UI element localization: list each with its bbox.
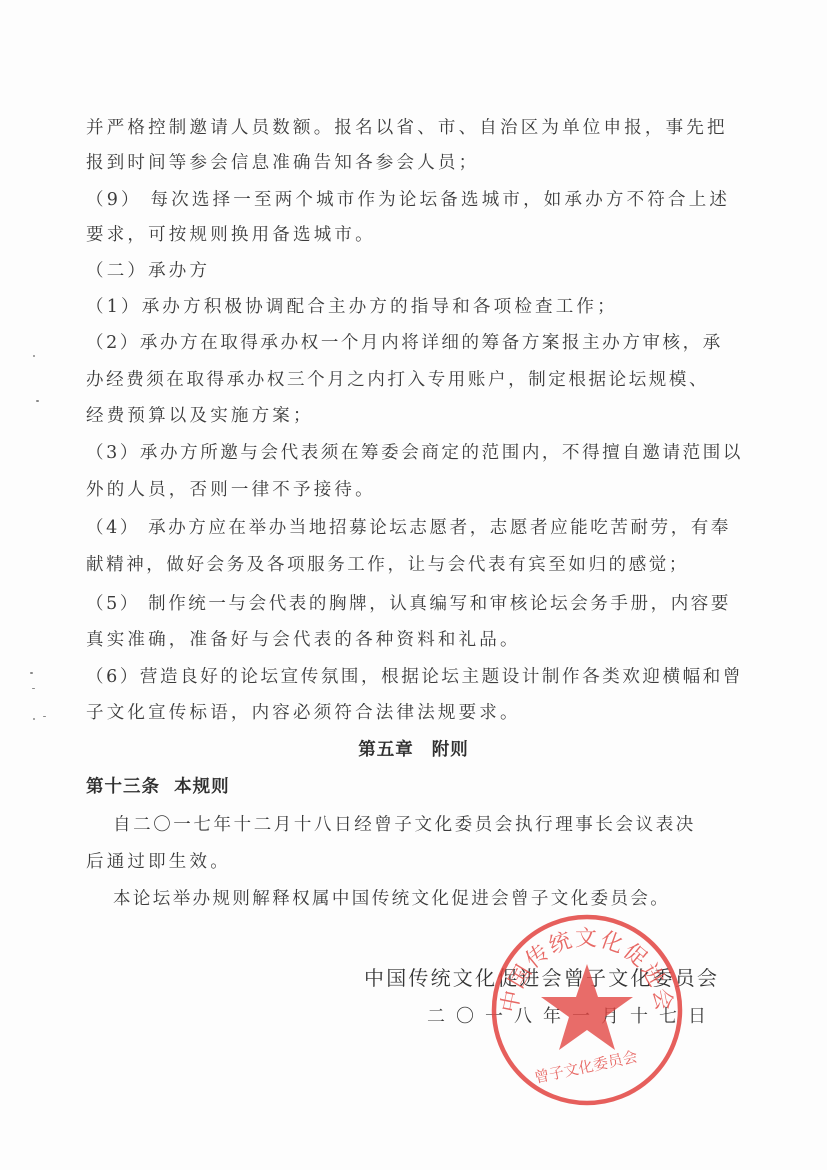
scan-speck <box>36 400 39 402</box>
scan-speck <box>30 672 33 674</box>
body-line: 并严格控制邀请人员数额。报名以省、市、自治区为单位申报，事先把 <box>86 117 746 139</box>
section-heading-organizer: （二）承办方 <box>86 260 746 282</box>
body-line: 要求，可按规则换用备选城市。 <box>86 224 746 246</box>
body-line: 子文化宣传标语，内容必须符合法律法规要求。 <box>86 702 746 724</box>
scan-speck <box>33 355 35 357</box>
scan-speck <box>32 688 35 689</box>
list-item-2: （2）承办方在取得承办权一个月内将详细的筹备方案报主办方审核，承 <box>86 332 746 354</box>
signature-organization: 中国传统文化促进会曾子文化委员会 <box>364 962 719 991</box>
scan-speck <box>33 718 35 720</box>
body-line: 外的人员，否则一律不予接待。 <box>86 479 746 501</box>
document-page: 并严格控制邀请人员数额。报名以省、市、自治区为单位申报，事先把 报到时间等参会信… <box>0 0 827 1170</box>
body-line: 献精神，做好会务及各项服务工作，让与会代表有宾至如归的感觉； <box>86 554 746 576</box>
list-item-9: （9） 每次选择一至两个城市作为论坛备选城市，如承办方不符合上述 <box>86 189 746 211</box>
list-item-3: （3）承办方所邀与会代表须在筹委会商定的范围内，不得擅自邀请范围以 <box>86 442 746 464</box>
body-line: 办经费须在取得承办权三个月之内打入专用账户，制定根据论坛规模、 <box>86 369 746 391</box>
scan-speck <box>43 716 46 717</box>
body-line: 报到时间等参会信息准确告知各参会人员； <box>86 152 746 174</box>
list-item-5: （5） 制作统一与会代表的胸牌，认真编写和审核论坛会务手册，内容要 <box>86 593 746 615</box>
article-heading: 第十三条 本规则 <box>86 776 746 798</box>
body-line: 经费预算以及实施方案； <box>86 405 746 427</box>
chapter-heading: 第五章附则 <box>0 739 827 761</box>
list-item-4: （4） 承办方应在举办当地招募论坛志愿者，志愿者应能吃苦耐劳，有奉 <box>86 517 746 539</box>
body-line: 自二〇一七年十二月十八日经曾子文化委员会执行理事长会议表决 <box>113 814 773 836</box>
body-line: 后通过即生效。 <box>86 851 746 873</box>
chapter-title: 附则 <box>432 740 469 760</box>
chapter-number: 第五章 <box>358 740 414 760</box>
body-line: 本论坛举办规则解释权属中国传统文化促进会曾子文化委员会。 <box>113 888 773 910</box>
body-line: 真实准确，准备好与会代表的各种资料和礼品。 <box>86 629 746 651</box>
svg-text:曾子文化委员会: 曾子文化委员会 <box>533 1047 639 1086</box>
list-item-1: （1）承办方积极协调配合主办方的指导和各项检查工作； <box>86 296 746 318</box>
list-item-6: （6）营造良好的论坛宣传氛围，根据论坛主题设计制作各类欢迎横幅和曾 <box>86 666 746 688</box>
signature-date: 二〇一八年一月十七日 <box>427 1002 717 1028</box>
